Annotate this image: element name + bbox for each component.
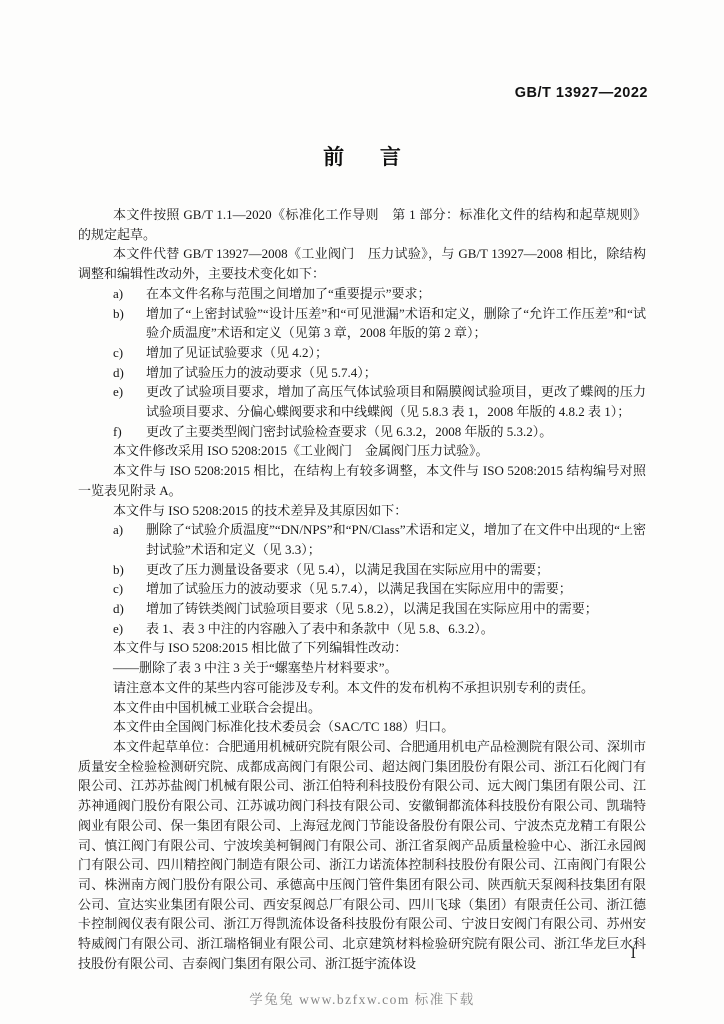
list-item: e) 更改了试验项目要求，增加了高压气体试验项目和隔膜阀试验项目，更改了蝶阀的压… (78, 382, 646, 421)
list-item-label: c) (113, 579, 146, 599)
list-item: a) 在本文件名称与范围之间增加了“重要提示”要求； (78, 284, 646, 304)
page-number: Ⅰ (630, 946, 636, 963)
paragraph-patent-notice: 请注意本文件的某些内容可能涉及专利。本文件的发布机构不承担识别专利的责任。 (78, 678, 646, 698)
list-item-label: b) (113, 304, 146, 343)
list-item: c) 增加了试验压力的波动要求（见 5.7.4），以满足我国在实际应用中的需要； (78, 579, 646, 599)
list-item-label: f) (113, 422, 146, 442)
list-item: d) 增加了铸铁类阀门试验项目要求（见 5.8.2），以满足我国在实际应用中的需… (78, 599, 646, 619)
paragraph-iso-differences: 本文件与 ISO 5208:2015 的技术差异及其原因如下： (78, 501, 646, 521)
list-item: b) 更改了压力测量设备要求（见 5.4），以满足我国在实际应用中的需要； (78, 560, 646, 580)
paragraph-iso-adoption: 本文件修改采用 ISO 5208:2015《工业阀门 金属阀门压力试验》。 (78, 441, 646, 461)
list-item-label: a) (113, 520, 146, 559)
page-title: 前 言 (0, 141, 724, 171)
paragraph-iso-structure: 本文件与 ISO 5208:2015 相比，在结构上有较多调整，本文件与 ISO… (78, 461, 646, 500)
list-item-text: 在本文件名称与范围之间增加了“重要提示”要求； (146, 284, 646, 304)
document-page: GB/T 13927—2022 前 言 本文件按照 GB/T 1.1—2020《… (0, 0, 724, 1024)
list-item: d) 增加了试验压力的波动要求（见 5.7.4）； (78, 363, 646, 383)
list-item-text: 增加了见证试验要求（见 4.2）； (146, 343, 646, 363)
list-item-label: e) (113, 382, 146, 421)
list-item-label: d) (113, 599, 146, 619)
list-item: a) 删除了“试验介质温度”“DN/NPS”和“PN/Class”术语和定义，增… (78, 520, 646, 559)
list-item: c) 增加了见证试验要求（见 4.2）； (78, 343, 646, 363)
paragraph-editorial-item: ——删除了表 3 中注 3 关于“螺塞垫片材料要求”。 (78, 658, 646, 678)
list-item-label: d) (113, 363, 146, 383)
list-item-text: 删除了“试验介质温度”“DN/NPS”和“PN/Class”术语和定义，增加了在… (146, 520, 646, 559)
list-item: f) 更改了主要类型阀门密封试验检查要求（见 6.3.2，2008 年版的 5.… (78, 422, 646, 442)
list-item-label: c) (113, 343, 146, 363)
list-item-text: 表 1、表 3 中注的内容融入了表中和条款中（见 5.8、6.3.2）。 (146, 619, 646, 639)
list-item: e) 表 1、表 3 中注的内容融入了表中和条款中（见 5.8、6.3.2）。 (78, 619, 646, 639)
paragraph-proposed-by: 本文件由中国机械工业联合会提出。 (78, 698, 646, 718)
paragraph-editorial-changes: 本文件与 ISO 5208:2015 相比做了下列编辑性改动： (78, 638, 646, 658)
foreword-body: 本文件按照 GB/T 1.1—2020《标准化工作导则 第 1 部分：标准化文件… (78, 205, 646, 973)
paragraph-drafting-rule: 本文件按照 GB/T 1.1—2020《标准化工作导则 第 1 部分：标准化文件… (78, 205, 646, 244)
paragraph-replaces: 本文件代替 GB/T 13927—2008《工业阀门 压力试验》，与 GB/T … (78, 244, 646, 283)
list-item-label: a) (113, 284, 146, 304)
list-item-label: e) (113, 619, 146, 639)
standard-number: GB/T 13927—2022 (515, 85, 648, 101)
list-item: b) 增加了“上密封试验”“设计压差”和“可见泄漏”术语和定义，删除了“允许工作… (78, 304, 646, 343)
list-item-text: 更改了试验项目要求，增加了高压气体试验项目和隔膜阀试验项目，更改了蝶阀的压力试验… (146, 382, 646, 421)
list-item-text: 增加了试验压力的波动要求（见 5.7.4）； (146, 363, 646, 383)
list-item-label: b) (113, 560, 146, 580)
list-item-text: 增加了“上密封试验”“设计压差”和“可见泄漏”术语和定义，删除了“允许工作压差”… (146, 304, 646, 343)
list-item-text: 更改了主要类型阀门密封试验检查要求（见 6.3.2，2008 年版的 5.3.2… (146, 422, 646, 442)
list-item-text: 更改了压力测量设备要求（见 5.4），以满足我国在实际应用中的需要； (146, 560, 646, 580)
list-item-text: 增加了铸铁类阀门试验项目要求（见 5.8.2），以满足我国在实际应用中的需要； (146, 599, 646, 619)
paragraph-under-jurisdiction: 本文件由全国阀门标准化技术委员会（SAC/TC 188）归口。 (78, 717, 646, 737)
list-item-text: 增加了试验压力的波动要求（见 5.7.4），以满足我国在实际应用中的需要； (146, 579, 646, 599)
paragraph-drafting-organizations: 本文件起草单位：合肥通用机械研究院有限公司、合肥通用机电产品检测院有限公司、深圳… (78, 737, 646, 973)
watermark-text: 学兔兔 www.bzfxw.com 标准下载 (0, 988, 724, 1008)
